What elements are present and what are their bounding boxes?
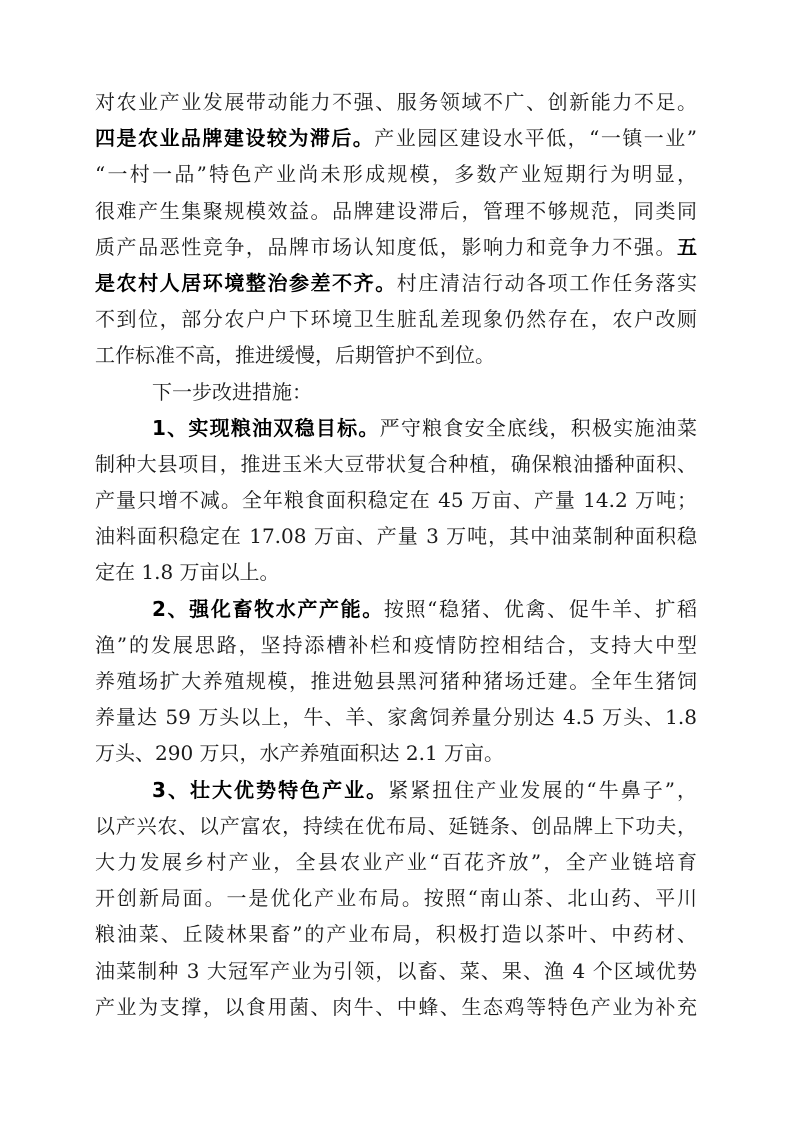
text-line: “一村一品”特色产业尚未形成规模，多数产业短期行为明显，	[95, 156, 697, 192]
body-text: 村庄清洁行动各项工作任务落实	[397, 271, 697, 295]
body-text: 万头、290 万只，水产养殖面积达 2.1 万亩。	[95, 741, 504, 765]
bold-heading-text: 四是农业品牌建设较为滞后。	[95, 126, 374, 150]
body-text: 开创新局面。一是优化产业布局。按照“南山茶、北山药、平川	[95, 886, 697, 910]
document-page: 对农业产业发展带动能力不强、服务领域不广、创新能力不足。四是农业品牌建设较为滞后…	[95, 84, 697, 1025]
text-line: 油料面积稳定在 17.08 万亩、产量 3 万吨，其中油菜制种面积稳	[95, 518, 697, 554]
text-line: 不到位，部分农户户下环境卫生脏乱差现象仍然存在，农户改厕	[95, 301, 697, 337]
text-line: 是农村人居环境整治参差不齐。村庄清洁行动各项工作任务落实	[95, 265, 697, 301]
bold-heading-text: 是农村人居环境整治参差不齐。	[95, 271, 397, 295]
body-text: 养量达 59 万头以上，牛、羊、家禽饲养量分别达 4.5 万头、1.8	[95, 705, 697, 729]
text-line: 很难产生集聚规模效益。品牌建设滞后，管理不够规范，同类同	[95, 193, 697, 229]
text-line: 产量只增不减。全年粮食面积稳定在 45 万亩、产量 14.2 万吨；	[95, 482, 697, 518]
bold-heading-text: 1、实现粮油双稳目标。	[152, 416, 380, 440]
body-text: 对农业产业发展带动能力不强、服务领域不广、创新能力不足。	[95, 90, 697, 114]
text-line: 油菜制种 3 大冠军产业为引领，以畜、菜、果、渔 4 个区域优势	[95, 953, 697, 989]
text-line: 制种大县项目，推进玉米大豆带状复合种植，确保粮油播种面积、	[95, 446, 697, 482]
text-line: 2、强化畜牧水产产能。按照“稳猪、优禽、促牛羊、扩稻	[95, 591, 697, 627]
body-text: 大力发展乡村产业，全县农业产业“百花齐放”，全产业链培育	[95, 850, 697, 874]
text-line: 工作标准不高，推进缓慢，后期管护不到位。	[95, 337, 697, 373]
text-line: 开创新局面。一是优化产业布局。按照“南山茶、北山药、平川	[95, 880, 697, 916]
body-text: 严守粮食安全底线，积极实施油菜	[380, 416, 697, 440]
text-line: 3、壮大优势特色产业。紧紧扭住产业发展的“牛鼻子”，	[95, 772, 697, 808]
text-line: 对农业产业发展带动能力不强、服务领域不广、创新能力不足。	[95, 84, 697, 120]
text-line: 质产品恶性竞争，品牌市场认知度低，影响力和竞争力不强。五	[95, 229, 697, 265]
bold-heading-text: 五	[677, 235, 697, 259]
text-line: 万头、290 万只，水产养殖面积达 2.1 万亩。	[95, 735, 697, 771]
body-text: 产量只增不减。全年粮食面积稳定在 45 万亩、产量 14.2 万吨；	[95, 488, 697, 512]
text-line: 养殖场扩大养殖规模，推进勉县黑河猪种猪场迁建。全年生猪饲	[95, 663, 697, 699]
body-text: 制种大县项目，推进玉米大豆带状复合种植，确保粮油播种面积、	[95, 452, 697, 476]
body-text: 很难产生集聚规模效益。品牌建设滞后，管理不够规范，同类同	[95, 199, 697, 223]
body-text: 渔”的发展思路，坚持添槽补栏和疫情防控相结合，支持大中型	[95, 633, 697, 657]
body-text: 养殖场扩大养殖规模，推进勉县黑河猪种猪场迁建。全年生猪饲	[95, 669, 697, 693]
body-text: 油菜制种 3 大冠军产业为引领，以畜、菜、果、渔 4 个区域优势	[95, 959, 697, 983]
text-line: 大力发展乡村产业，全县农业产业“百花齐放”，全产业链培育	[95, 844, 697, 880]
body-text: 下一步改进措施：	[152, 380, 312, 404]
text-line: 粮油菜、丘陵林果畜”的产业布局，积极打造以茶叶、中药材、	[95, 916, 697, 952]
body-text: 产业园区建设水平低，“一镇一业”	[374, 126, 697, 150]
body-text: 以产兴农、以产富农，持续在优布局、延链条、创品牌上下功夫，	[95, 814, 697, 838]
text-line: 1、实现粮油双稳目标。严守粮食安全底线，积极实施油菜	[95, 410, 697, 446]
text-line: 产业为支撑，以食用菌、肉牛、中蜂、生态鸡等特色产业为补充	[95, 989, 697, 1025]
text-line: 渔”的发展思路，坚持添槽补栏和疫情防控相结合，支持大中型	[95, 627, 697, 663]
body-text: 按照“稳猪、优禽、促牛羊、扩稻	[384, 597, 697, 621]
body-text: 不到位，部分农户户下环境卫生脏乱差现象仍然存在，农户改厕	[95, 307, 697, 331]
body-text: 油料面积稳定在 17.08 万亩、产量 3 万吨，其中油菜制种面积稳	[95, 524, 697, 548]
text-line: 以产兴农、以产富农，持续在优布局、延链条、创品牌上下功夫，	[95, 808, 697, 844]
body-text: 产业为支撑，以食用菌、肉牛、中蜂、生态鸡等特色产业为补充	[95, 995, 697, 1019]
bold-heading-text: 2、强化畜牧水产产能。	[152, 597, 384, 621]
body-text: 粮油菜、丘陵林果畜”的产业布局，积极打造以茶叶、中药材、	[95, 922, 697, 946]
body-text: “一村一品”特色产业尚未形成规模，多数产业短期行为明显，	[95, 162, 697, 186]
text-line: 四是农业品牌建设较为滞后。产业园区建设水平低，“一镇一业”	[95, 120, 697, 156]
body-text: 质产品恶性竞争，品牌市场认知度低，影响力和竞争力不强。	[95, 235, 677, 259]
bold-heading-text: 3、壮大优势特色产业。	[152, 778, 388, 802]
text-line: 养量达 59 万头以上，牛、羊、家禽饲养量分别达 4.5 万头、1.8	[95, 699, 697, 735]
text-line: 下一步改进措施：	[95, 374, 697, 410]
body-text: 紧紧扭住产业发展的“牛鼻子”，	[388, 778, 697, 802]
text-line: 定在 1.8 万亩以上。	[95, 554, 697, 590]
body-text: 定在 1.8 万亩以上。	[95, 560, 280, 584]
body-text: 工作标准不高，推进缓慢，后期管护不到位。	[95, 343, 495, 367]
